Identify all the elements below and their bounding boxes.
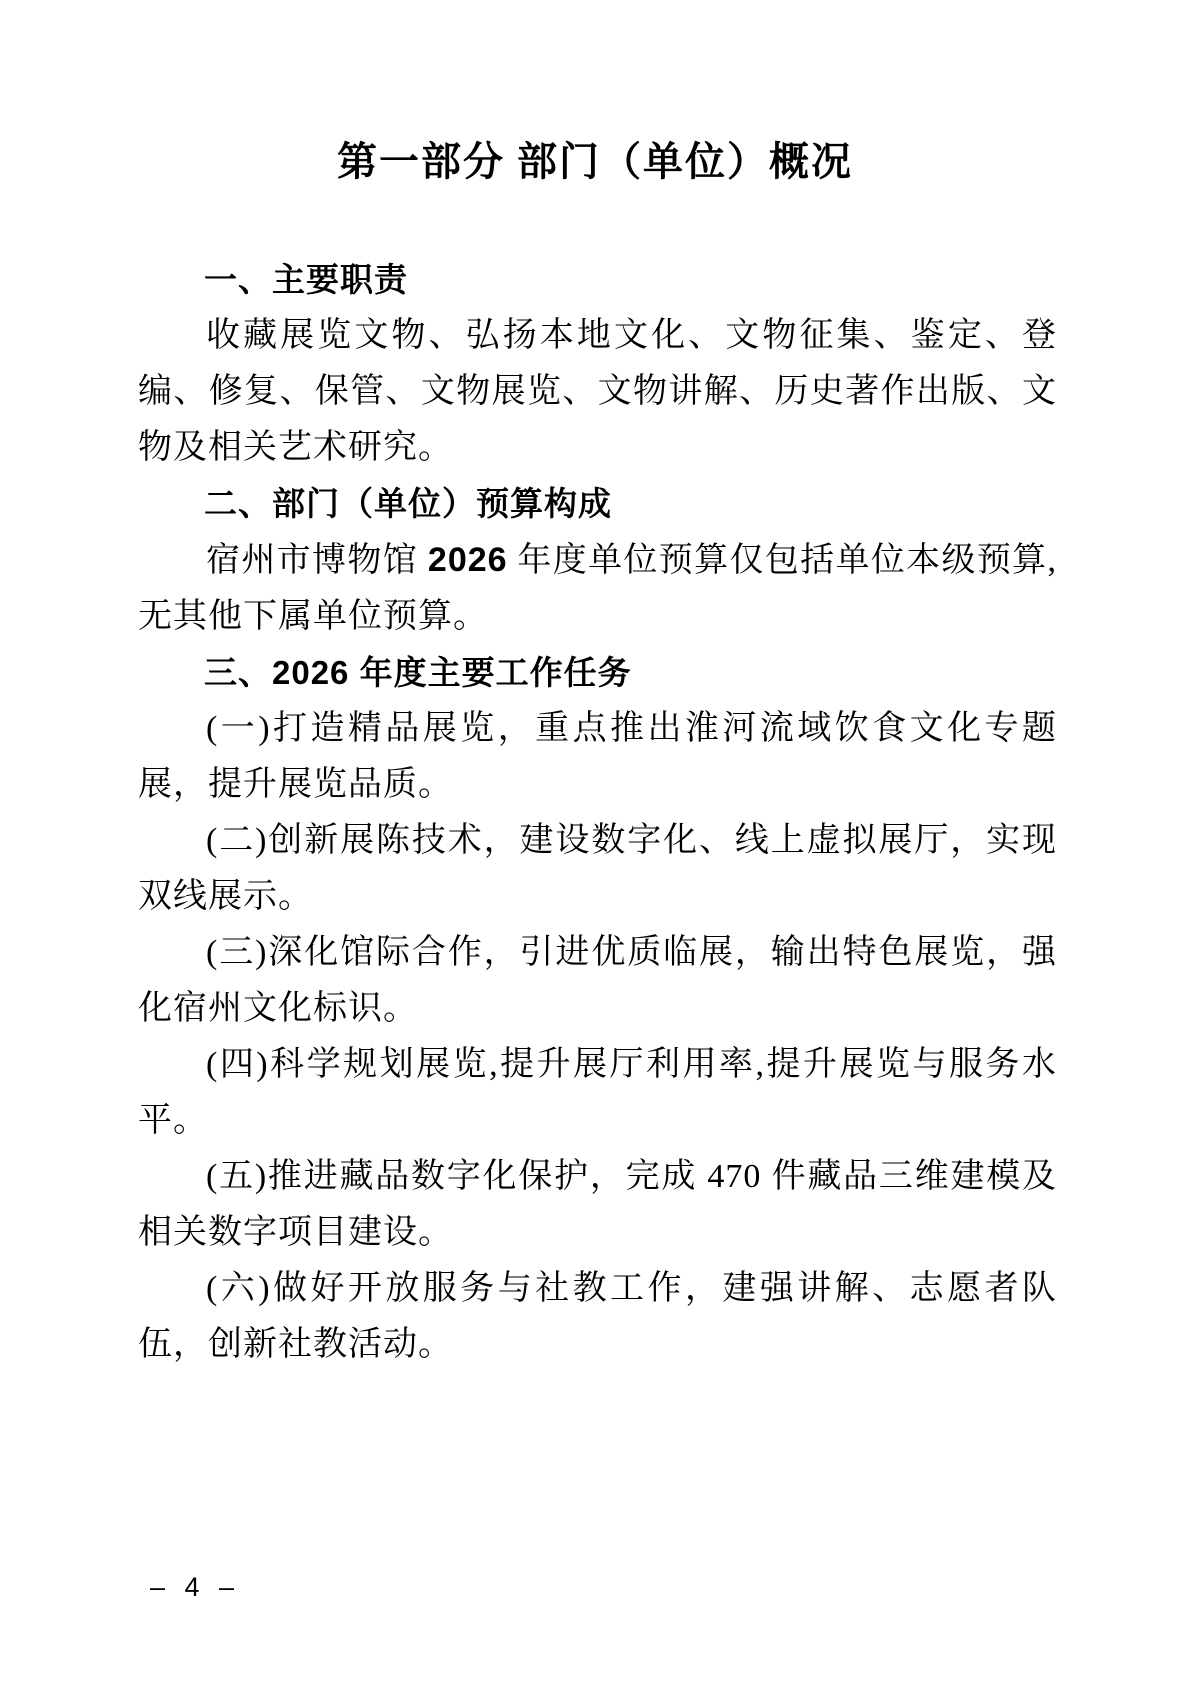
paragraph-text-before-year: 宿州市博物馆 [206,542,428,579]
page-number: – 4 – [150,1572,240,1602]
document-page: 第一部分 部门（单位）概况 一、主要职责 收藏展览文物、弘扬本地文化、文物征集、… [0,0,1190,1683]
section-heading-annual-tasks: 三、2026 年度主要工作任务 [138,645,1057,701]
document-body: 一、主要职责 收藏展览文物、弘扬本地文化、文物征集、鉴定、登编、修复、保管、文物… [138,252,1057,1373]
section-heading-budget-composition: 二、部门（单位）预算构成 [138,476,1057,532]
section-heading-main-duties: 一、主要职责 [138,252,1057,308]
paragraph-task-4: (四)科学规划展览,提升展厅利用率,提升展览与服务水平。 [138,1037,1057,1149]
year-number: 2026 [428,541,508,579]
paragraph-main-duties: 收藏展览文物、弘扬本地文化、文物征集、鉴定、登编、修复、保管、文物展览、文物讲解… [138,308,1057,476]
paragraph-budget-composition: 宿州市博物馆 2026 年度单位预算仅包括单位本级预算,无其他下属单位预算。 [138,532,1057,645]
paragraph-task-2: (二)创新展陈技术，建设数字化、线上虚拟展厅，实现双线展示。 [138,813,1057,925]
page-title: 第一部分 部门（单位）概况 [0,0,1190,186]
paragraph-task-3: (三)深化馆际合作，引进优质临展，输出特色展览，强化宿州文化标识。 [138,925,1057,1037]
paragraph-task-1: (一)打造精品展览，重点推出淮河流域饮食文化专题展，提升展览品质。 [138,701,1057,813]
paragraph-task-5: (五)推进藏品数字化保护，完成 470 件藏品三维建模及相关数字项目建设。 [138,1149,1057,1261]
paragraph-task-6: (六)做好开放服务与社教工作，建强讲解、志愿者队伍，创新社教活动。 [138,1261,1057,1373]
page-footer: – 4 – [150,1572,240,1603]
